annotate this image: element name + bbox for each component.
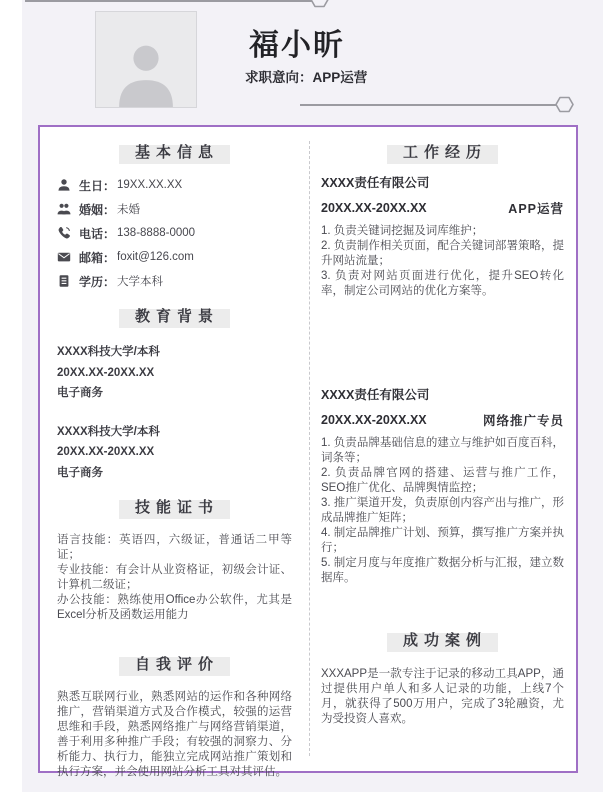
document-icon xyxy=(57,274,71,288)
resume-body-box: 基本信息 生日： 19XX.XX.XX 婚姻： 未婚 xyxy=(38,125,578,773)
resume-page: 福小昕 求职意向：APP运营 基本信息 生日： 19XX.XX.XX xyxy=(22,0,603,792)
education-major: 电子商务 xyxy=(57,383,292,404)
info-value: 大学本科 xyxy=(117,273,163,289)
job-intention-value: APP运营 xyxy=(313,70,368,85)
education-title: 教育背景 xyxy=(119,304,230,328)
skills-content: 语言技能：英语四，六级证，普通话二甲等证； 专业技能：有会计从业资格证，初级会计… xyxy=(57,533,292,623)
info-value: 138-8888-0000 xyxy=(117,227,195,239)
person-silhouette-icon xyxy=(104,33,188,107)
right-column: 工作经历 XXXX责任有限公司 20XX.XX-20XX.XX APP运营 1.… xyxy=(310,127,576,771)
job-position: APP运营 xyxy=(508,199,564,217)
info-item-degree: 学历： 大学本科 xyxy=(57,269,292,293)
couple-icon xyxy=(57,202,71,216)
info-item-email: 邮箱： foxit@126.com xyxy=(57,245,292,269)
skills-title: 技能证书 xyxy=(119,495,230,519)
job-company: XXXX责任有限公司 xyxy=(321,175,564,191)
envelope-icon xyxy=(57,250,71,264)
top-decor-line xyxy=(25,0,313,2)
hexagon-top-icon xyxy=(310,0,329,8)
education-period: 20XX.XX-20XX.XX xyxy=(57,442,292,463)
job-meta: 20XX.XX-20XX.XX APP运营 xyxy=(321,199,564,217)
basic-info-list: 生日： 19XX.XX.XX 婚姻： 未婚 电话： 138-8888-0000 xyxy=(57,173,292,293)
info-item-phone: 电话： 138-8888-0000 xyxy=(57,221,292,245)
phone-icon xyxy=(57,226,71,240)
job-entry: XXXX责任有限公司 20XX.XX-20XX.XX APP运营 1. 负责关键… xyxy=(321,175,564,299)
education-major: 电子商务 xyxy=(57,463,292,484)
education-school: XXXX科技大学/本科 xyxy=(57,342,292,363)
job-period: 20XX.XX-20XX.XX xyxy=(321,201,427,215)
education-entry: XXXX科技大学/本科 20XX.XX-20XX.XX 电子商务 xyxy=(57,342,292,404)
success-case-title: 成功案例 xyxy=(387,628,498,652)
info-value: 未婚 xyxy=(117,201,140,217)
info-value: 19XX.XX.XX xyxy=(117,179,182,191)
candidate-name: 福小昕 xyxy=(197,20,397,64)
education-school: XXXX科技大学/本科 xyxy=(57,422,292,443)
person-icon xyxy=(57,178,71,192)
success-case-content: XXXAPP是一款专注于记录的移动工具APP，通过提供用户单人和多人记录的功能，… xyxy=(321,667,564,727)
mid-decor-line xyxy=(300,104,560,106)
self-evaluation-title: 自我评价 xyxy=(119,652,230,676)
work-experience-title: 工作经历 xyxy=(387,140,498,164)
job-entry: XXXX责任有限公司 20XX.XX-20XX.XX 网络推广专员 1. 负责品… xyxy=(321,387,564,586)
info-label: 生日： xyxy=(79,177,115,194)
hexagon-mid-icon xyxy=(555,96,574,113)
info-label: 电话： xyxy=(79,225,115,242)
job-meta: 20XX.XX-20XX.XX 网络推广专员 xyxy=(321,411,564,429)
info-value: foxit@126.com xyxy=(117,251,194,263)
info-label: 婚姻： xyxy=(79,201,115,218)
job-position: 网络推广专员 xyxy=(483,411,564,429)
education-period: 20XX.XX-20XX.XX xyxy=(57,363,292,384)
info-item-marriage: 婚姻： 未婚 xyxy=(57,197,292,221)
job-duties: 1. 负责品牌基础信息的建立与维护如百度百科，词条等； 2. 负责品牌官网的搭建… xyxy=(321,436,564,586)
job-intention: 求职意向：APP运营 xyxy=(245,66,367,86)
education-list: XXXX科技大学/本科 20XX.XX-20XX.XX 电子商务 XXXX科技大… xyxy=(57,342,292,483)
info-label: 邮箱： xyxy=(79,249,115,266)
info-item-birthday: 生日： 19XX.XX.XX xyxy=(57,173,292,197)
job-duties: 1. 负责关键词挖掘及词库维护； 2. 负责制作相关页面，配合关键词部署策略，提… xyxy=(321,224,564,299)
info-label: 学历： xyxy=(79,273,115,290)
self-evaluation-content: 熟悉互联网行业，熟悉网站的运作和各种网络推广，营销渠道方式及合作模式，较强的运营… xyxy=(57,690,292,780)
education-entry: XXXX科技大学/本科 20XX.XX-20XX.XX 电子商务 xyxy=(57,422,292,484)
job-period: 20XX.XX-20XX.XX xyxy=(321,413,427,427)
photo-placeholder xyxy=(95,11,197,108)
job-intention-label: 求职意向： xyxy=(245,70,313,85)
left-column: 基本信息 生日： 19XX.XX.XX 婚姻： 未婚 xyxy=(40,127,309,771)
basic-info-title: 基本信息 xyxy=(119,140,230,164)
job-company: XXXX责任有限公司 xyxy=(321,387,564,403)
